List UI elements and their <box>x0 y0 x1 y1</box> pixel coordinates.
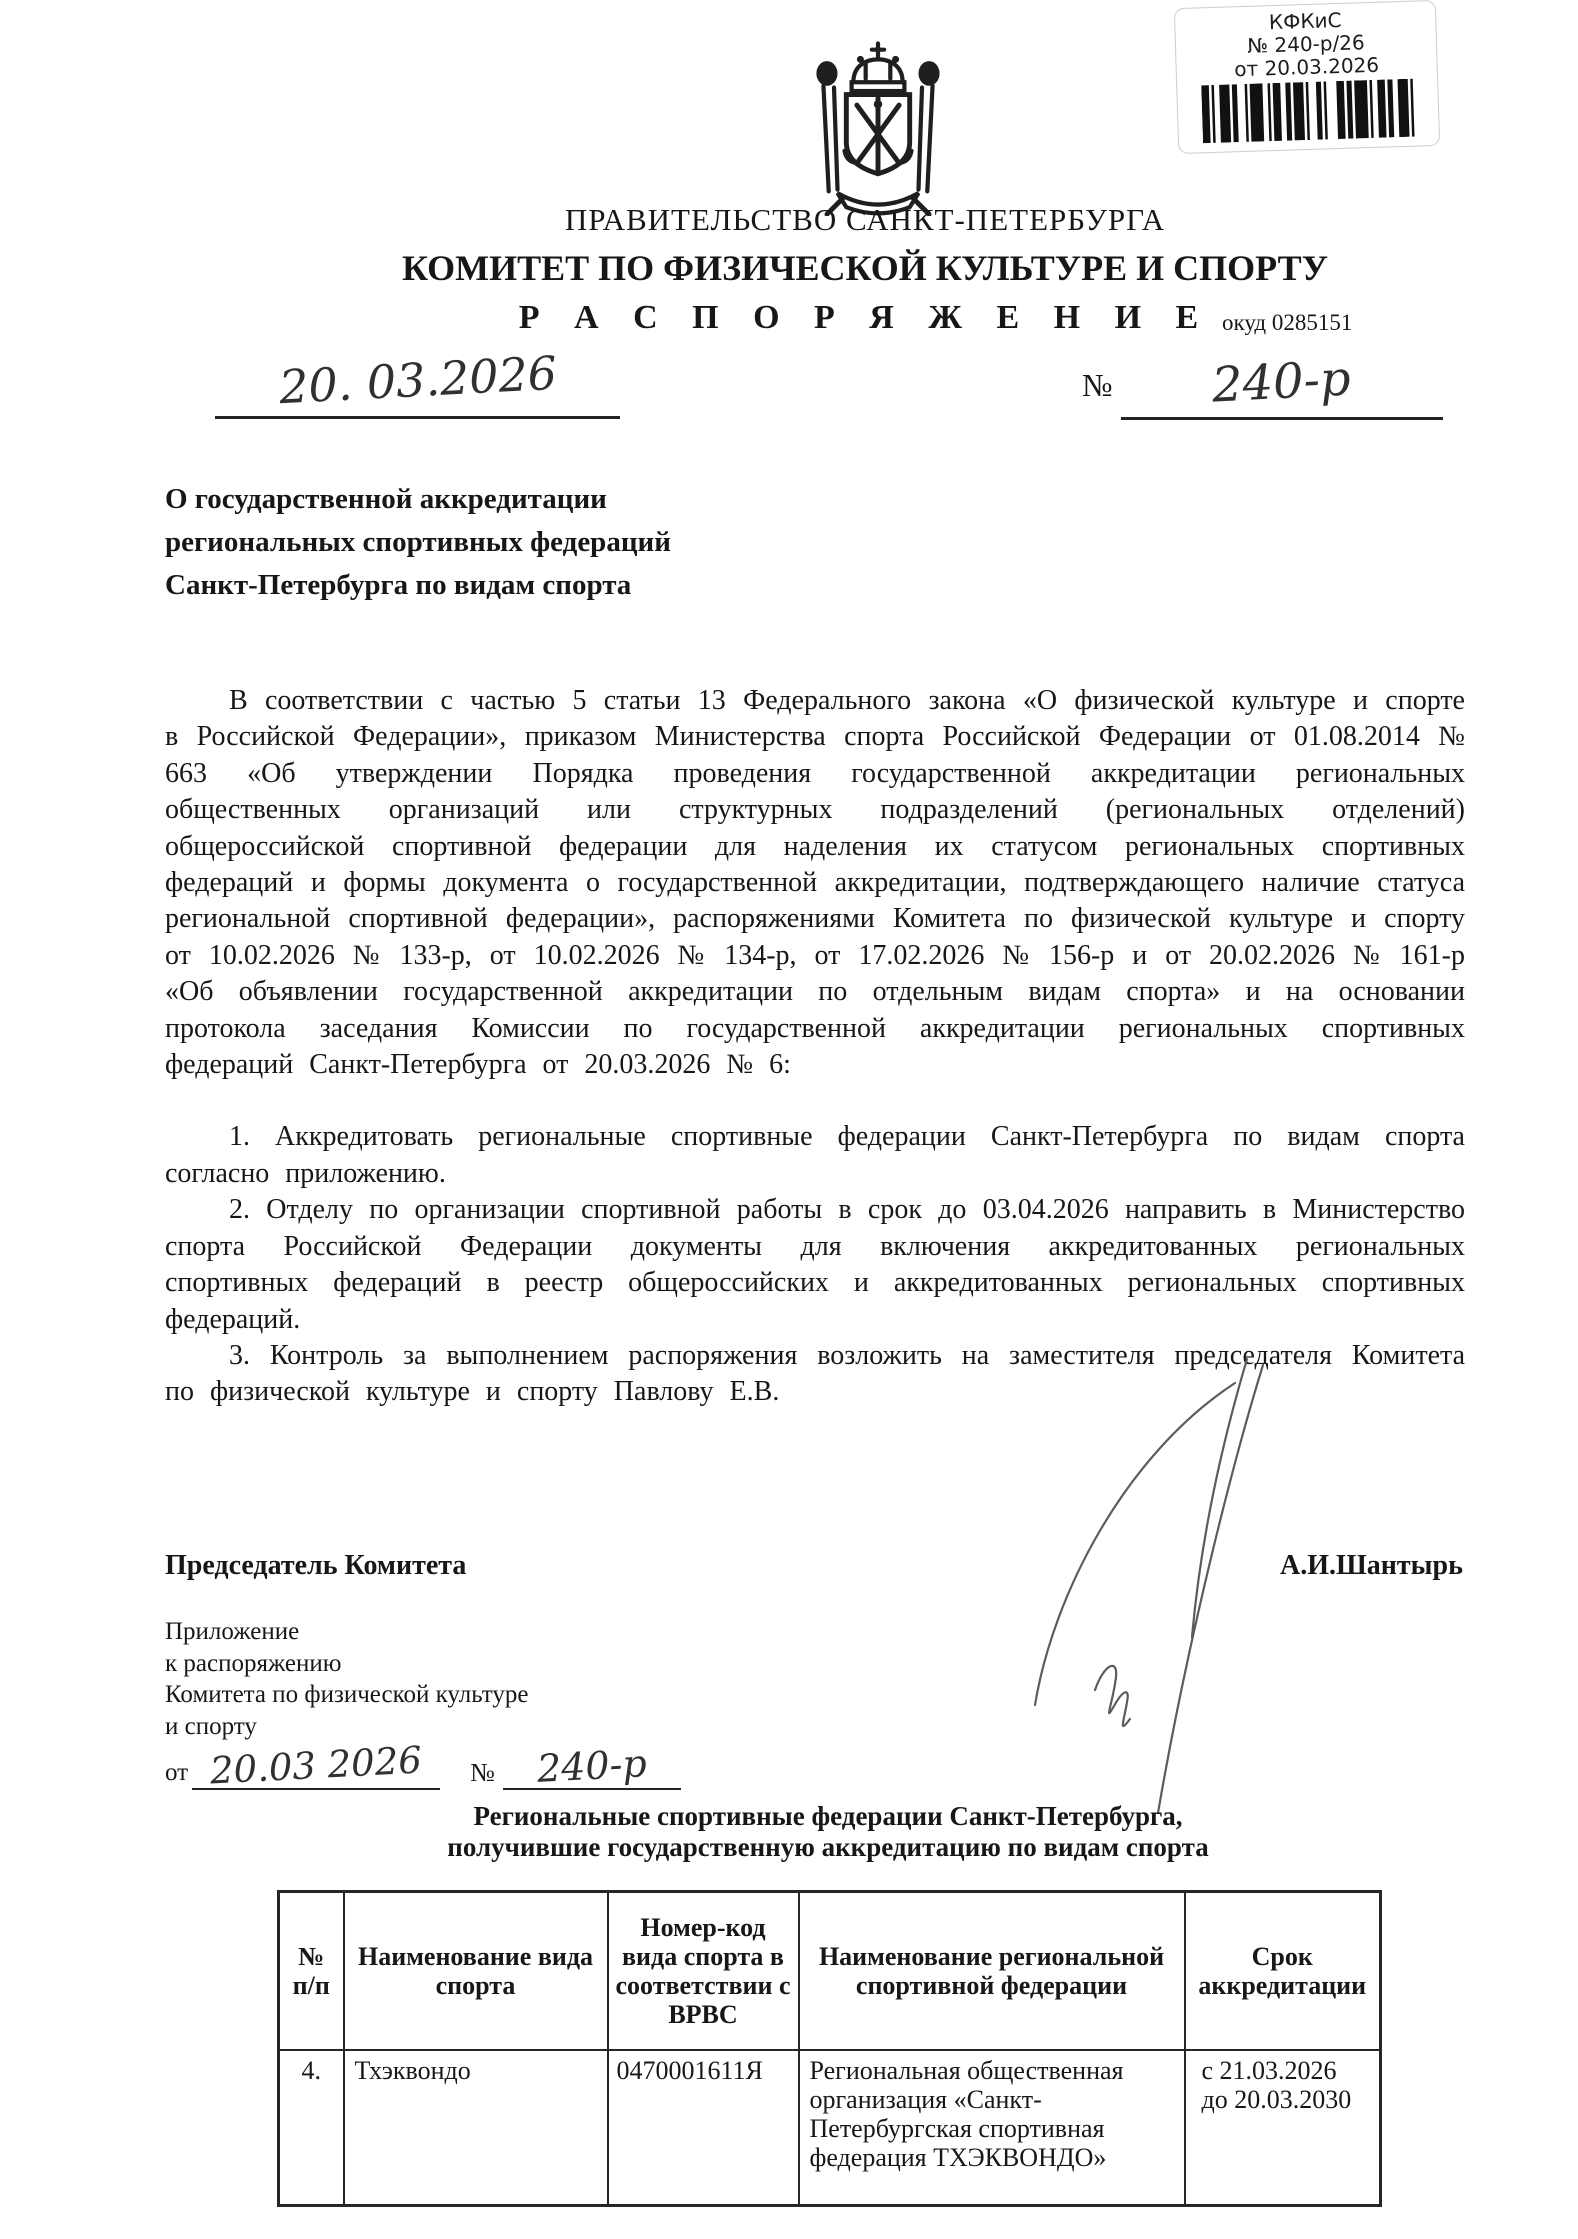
document-body: В соответствии с частью 5 статьи 13 Феде… <box>165 683 1465 1411</box>
cell-sport-code: 0470001611Я <box>608 2050 799 2206</box>
col-header-sport-name: Наименование вида спорта <box>344 1892 608 2050</box>
registration-stamp: КФКиС № 240-р/26 от 20.03.2026 <box>1174 0 1440 154</box>
body-intro-paragraph: В соответствии с частью 5 статьи 13 Феде… <box>165 683 1465 1083</box>
col-header-row-number: № п/п <box>279 1892 344 2050</box>
signer-name: А.И.Шантырь <box>1280 1550 1463 1582</box>
signer-position: Председатель Комитета <box>165 1550 466 1582</box>
attachment-date-handwritten: 20.03 2026 <box>209 1738 423 1793</box>
issue-date-field: 20. 03.2026 <box>215 350 620 419</box>
issue-number-field: №240-р <box>1082 350 1443 416</box>
body-item-3: 3. Контроль за выполнением распоряжения … <box>165 1338 1465 1411</box>
attachment-from-label: от <box>165 1756 188 1790</box>
attachment-heading: Приложение к распоряжению Комитета по фи… <box>165 1616 681 1742</box>
government-title: ПРАВИТЕЛЬСТВО САНКТ-ПЕТЕРБУРГА <box>300 202 1430 238</box>
attachment-number-handwritten: 240-р <box>536 1741 648 1791</box>
committee-title: КОМИТЕТ ПО ФИЗИЧЕСКОЙ КУЛЬТУРЕ И СПОРТУ <box>300 247 1430 289</box>
barcode <box>1201 79 1415 144</box>
cell-sport-name: Тхэквондо <box>344 2050 608 2206</box>
number-sign-label: № <box>1082 367 1113 403</box>
attachment-number-line: 240-р <box>503 1744 681 1790</box>
body-item-2: 2. Отделу по организации спортивной рабо… <box>165 1192 1465 1338</box>
col-header-sport-code: Номер-код вида спорта в соответствии с В… <box>608 1892 799 2050</box>
issue-number-line: 240-р <box>1121 351 1443 420</box>
table-row: 4. Тхэквондо 0470001611Я Региональная об… <box>279 2050 1381 2206</box>
cell-row-number: 4. <box>279 2050 344 2206</box>
body-item-1: 1. Аккредитовать региональные спортивные… <box>165 1119 1465 1192</box>
table-title: Региональные спортивные федерации Санкт-… <box>277 1801 1379 1863</box>
attachment-block: Приложение к распоряжению Комитета по фи… <box>165 1616 681 1790</box>
signature-stroke <box>995 1345 1325 1835</box>
attachment-meta: от 20.03 2026 № 240-р <box>165 1742 681 1790</box>
cell-accreditation-term: с 21.03.2026 до 20.03.2030 <box>1185 2050 1381 2206</box>
document-page: КФКиС № 240-р/26 от 20.03.2026 ПРАВИТЕЛЬ… <box>0 0 1578 2239</box>
table-header-row: № п/п Наименование вида спорта Номер-код… <box>279 1892 1381 2050</box>
attachment-date-line: 20.03 2026 <box>192 1744 440 1790</box>
col-header-accreditation-term: Срок аккредитации <box>1185 1892 1381 2050</box>
col-header-federation-name: Наименование региональной спортивной фед… <box>799 1892 1185 2050</box>
cell-federation-name: Региональная общественная организация «С… <box>799 2050 1185 2206</box>
coat-of-arms-spb-icon <box>790 40 966 216</box>
okud-code: окуд 0285151 <box>1222 310 1352 336</box>
accreditation-table: № п/п Наименование вида спорта Номер-код… <box>277 1890 1382 2207</box>
issue-date-handwritten: 20. 03.2026 <box>277 343 558 417</box>
issue-number-handwritten: 240-р <box>1211 347 1353 416</box>
attachment-number-sign: № <box>470 1756 495 1790</box>
document-subject: О государственной аккредитации региональ… <box>165 478 671 607</box>
